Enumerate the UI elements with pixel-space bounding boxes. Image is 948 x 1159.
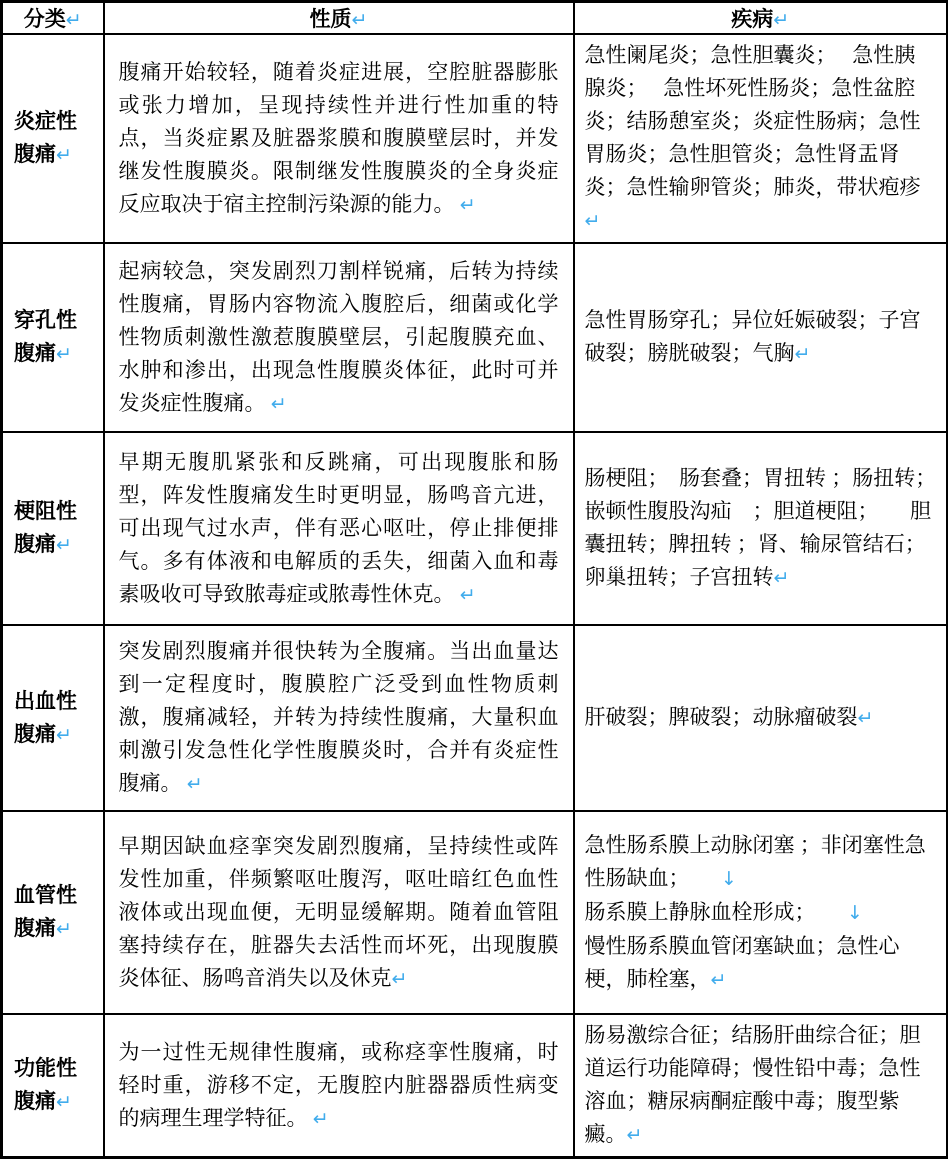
return-mark: ↵ — [56, 144, 72, 166]
category-cell: 血管性腹痛↵ — [2, 811, 104, 1014]
nature-cell: 早期无腹肌紧张和反跳痛，可出现腹胀和肠型，阵发性腹痛发生时更明显，肠鸣音亢进，可… — [104, 432, 574, 625]
disease-cell: 肠易激综合征；结肠肝曲综合征；胆道运行功能障碍；慢性铅中毒；急性溶血；糖尿病酮症… — [574, 1014, 948, 1158]
linebreak-mark: ↓ — [847, 902, 863, 924]
return-mark: ↵ — [585, 210, 601, 232]
return-mark: ↵ — [187, 773, 203, 795]
category-cell: 梗阻性腹痛↵ — [2, 432, 104, 625]
return-mark: ↵ — [858, 707, 874, 729]
return-mark: ↵ — [56, 1091, 72, 1113]
document-page: 分类↵ 性质↵ 疾病↵ 炎症性腹痛↵ 腹痛开始较轻，随着炎症进展，空腔脏器膨胀或… — [0, 0, 948, 1134]
table-row-inflammatory: 炎症性腹痛↵ 腹痛开始较轻，随着炎症进展，空腔脏器膨胀或张力增加，呈现持续性并进… — [2, 34, 948, 243]
table-row-obstructive: 梗阻性腹痛↵ 早期无腹肌紧张和反跳痛，可出现腹胀和肠型，阵发性腹痛发生时更明显，… — [2, 432, 948, 625]
category-cell: 穿孔性腹痛↵ — [2, 243, 104, 432]
disease-cell: 肠梗阻； 肠套叠；胃扭转 ；肠扭转； 嵌顿性腹股沟疝 ；胆道梗阻； 胆囊扭转；脾… — [574, 432, 948, 625]
return-mark: ↵ — [773, 9, 789, 31]
return-mark: ↵ — [460, 584, 476, 606]
return-mark: ↵ — [460, 194, 476, 216]
header-nature: 性质↵ — [104, 2, 574, 35]
category-cell: 炎症性腹痛↵ — [2, 34, 104, 243]
disease-cell: 急性阑尾炎；急性胆囊炎； 急性胰腺炎； 急性坏死性肠炎；急性盆腔炎；结肠憩室炎；… — [574, 34, 948, 243]
nature-cell: 起病较急，突发剧烈刀割样锐痛，后转为持续性腹痛，胃肠内容物流入腹腔后，细菌或化学… — [104, 243, 574, 432]
return-mark: ↵ — [352, 9, 368, 31]
header-row: 分类↵ 性质↵ 疾病↵ — [2, 2, 948, 35]
return-mark: ↵ — [774, 567, 790, 589]
nature-cell: 突发剧烈腹痛并很快转为全腹痛。当出血量达到一定程度时，腹膜腔广泛受到血性物质刺激… — [104, 625, 574, 811]
return-mark: ↵ — [313, 1108, 329, 1130]
disease-cell: 肝破裂；脾破裂；动脉瘤破裂↵ — [574, 625, 948, 811]
return-mark: ↵ — [795, 343, 811, 365]
nature-cell: 为一过性无规律性腹痛，或称痉挛性腹痛，时轻时重，游移不定，无腹腔内脏器器质性病变… — [104, 1014, 574, 1158]
return-mark: ↵ — [271, 393, 287, 415]
table-row-functional: 功能性腹痛↵ 为一过性无规律性腹痛，或称痉挛性腹痛，时轻时重，游移不定，无腹腔内… — [2, 1014, 948, 1158]
return-mark: ↵ — [56, 918, 72, 940]
return-mark: ↵ — [711, 969, 727, 991]
table-row-hemorrhagic: 出血性腹痛↵ 突发剧烈腹痛并很快转为全腹痛。当出血量达到一定程度时，腹膜腔广泛受… — [2, 625, 948, 811]
category-cell: 出血性腹痛↵ — [2, 625, 104, 811]
return-mark: ↵ — [56, 343, 72, 365]
disease-cell: 急性胃肠穿孔；异位妊娠破裂；子宫破裂；膀胱破裂；气胸↵ — [574, 243, 948, 432]
return-mark: ↵ — [627, 1124, 643, 1146]
nature-cell: 腹痛开始较轻，随着炎症进展，空腔脏器膨胀或张力增加，呈现持续性并进行性加重的特点… — [104, 34, 574, 243]
table-row-perforation: 穿孔性腹痛↵ 起病较急，突发剧烈刀割样锐痛，后转为持续性腹痛，胃肠内容物流入腹腔… — [2, 243, 948, 432]
header-disease: 疾病↵ — [574, 2, 948, 35]
nature-cell: 早期因缺血痉挛突发剧烈腹痛，呈持续性或阵发性加重，伴频繁呕吐腹泻，呕吐暗红色血性… — [104, 811, 574, 1014]
abdominal-pain-classification-table: 分类↵ 性质↵ 疾病↵ 炎症性腹痛↵ 腹痛开始较轻，随着炎症进展，空腔脏器膨胀或… — [0, 0, 948, 1159]
return-mark: ↵ — [66, 9, 82, 31]
return-mark: ↵ — [56, 724, 72, 746]
return-mark: ↵ — [56, 534, 72, 556]
linebreak-mark: ↓ — [721, 868, 737, 890]
category-cell: 功能性腹痛↵ — [2, 1014, 104, 1158]
return-mark: ↵ — [392, 968, 408, 990]
table-row-vascular: 血管性腹痛↵ 早期因缺血痉挛突发剧烈腹痛，呈持续性或阵发性加重，伴频繁呕吐腹泻，… — [2, 811, 948, 1014]
disease-cell: 急性肠系膜上动脉闭塞 ；非闭塞性急性肠缺血； ↓ 肠系膜上静脉血栓形成； ↓ 慢… — [574, 811, 948, 1014]
header-category: 分类↵ — [2, 2, 104, 35]
